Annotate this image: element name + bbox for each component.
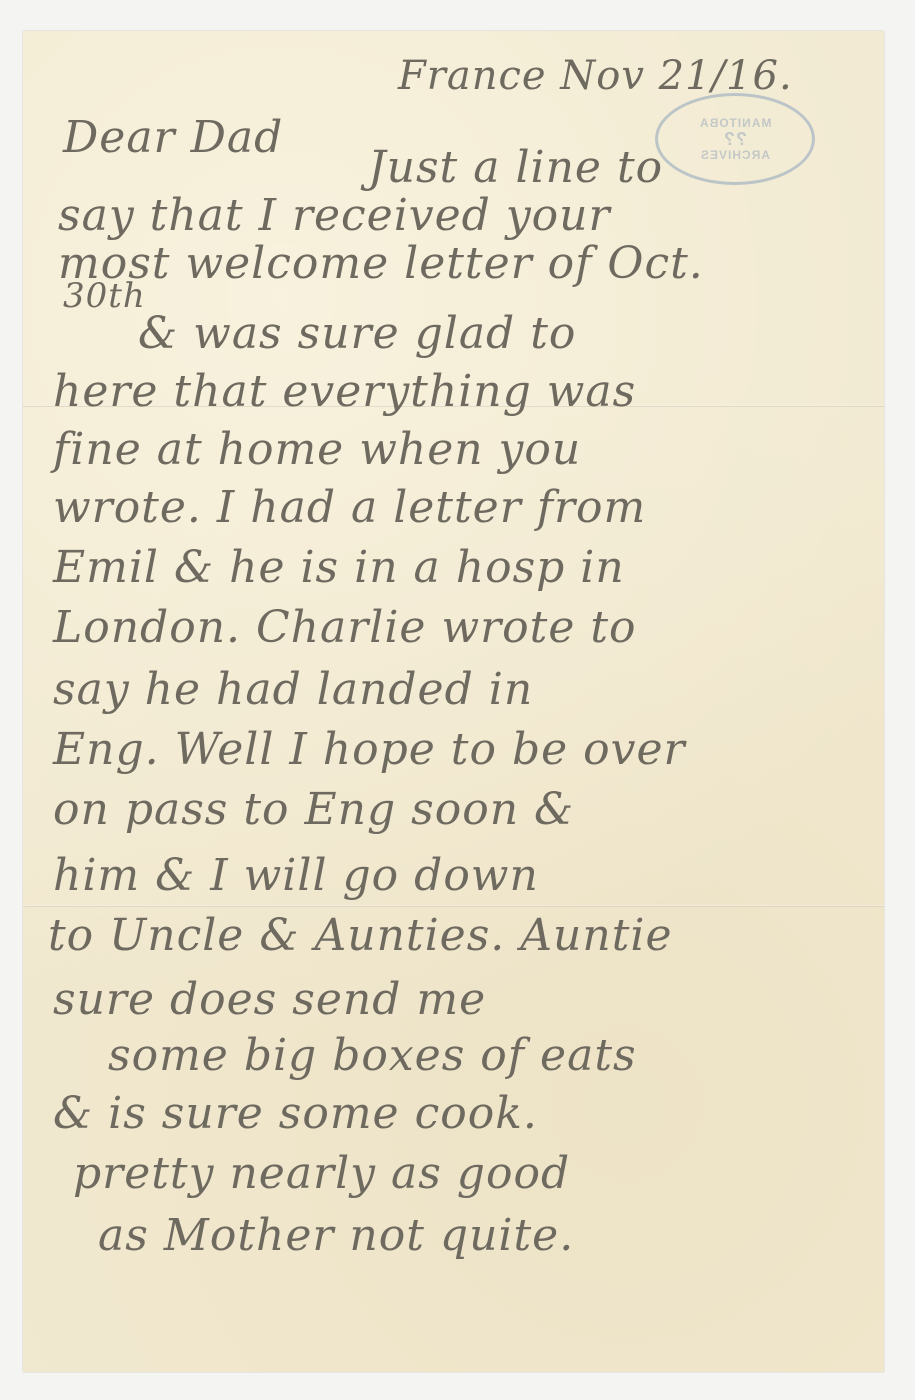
archive-stamp: MANITOBA ?? ARCHIVES [655,93,815,185]
letter-line-8: wrote. I had a letter from [53,483,646,533]
letter-line-15: to Uncle & Aunties. Auntie [48,911,673,961]
letter-line-16: sure does send me [53,975,486,1025]
letter-line-6: here that everything was [53,367,636,417]
fold-line-lower [23,905,884,907]
letter-line-2: say that I received your [58,191,611,241]
letter-line-4: 30th [63,271,146,321]
salutation: Dear Dad [63,113,283,163]
letter-line-1: Just a line to [368,143,663,193]
letter-page: MANITOBA ?? ARCHIVES France Nov 21/16. D… [23,31,884,1372]
letter-line-20: as Mother not quite. [98,1211,574,1261]
letter-line-19: pretty nearly as good [73,1149,570,1199]
stamp-line-3: ARCHIVES [700,147,770,163]
letter-line-11: say he had landed in [53,665,533,715]
letter-line-13: on pass to Eng soon & [53,785,574,835]
dateline: France Nov 21/16. [398,51,793,101]
letter-line-9: Emil & he is in a hosp in [53,543,625,593]
letter-line-14: him & I will go down [53,851,539,901]
letter-line-12: Eng. Well I hope to be over [53,725,686,775]
letter-line-5: & was sure glad to [138,309,576,359]
letter-line-17: some big boxes of eats [108,1031,637,1081]
letter-line-3: most welcome letter of Oct. [58,239,704,289]
stamp-line-2: ?? [723,131,747,147]
letter-line-18: & is sure some cook. [53,1089,538,1139]
letter-line-7: fine at home when you [53,425,581,475]
letter-line-10: London. Charlie wrote to [53,603,637,653]
